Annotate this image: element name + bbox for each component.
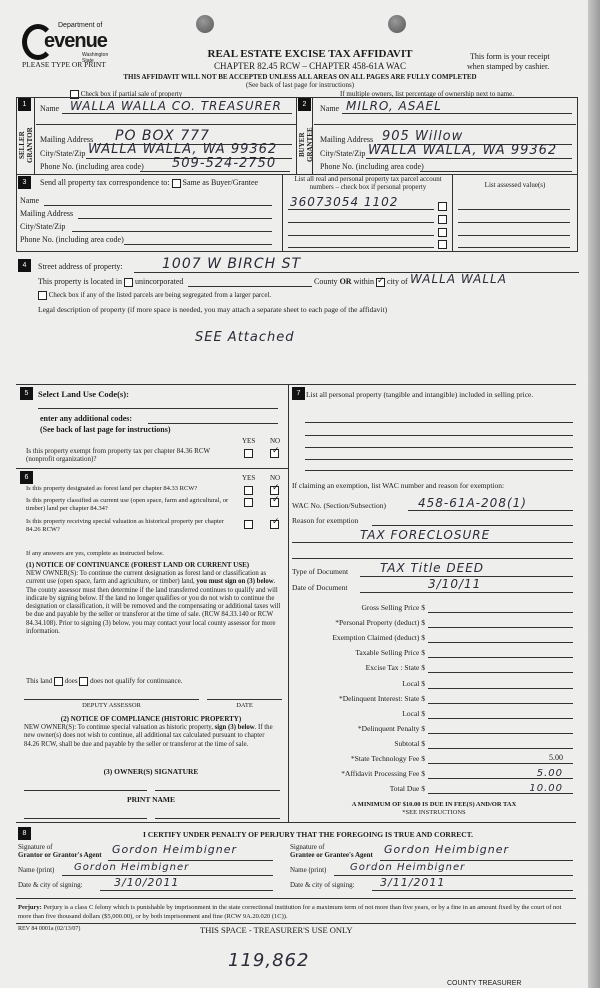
historic-question: Is this property receiving special valua… (26, 518, 231, 534)
assessed-value-field[interactable] (458, 247, 570, 248)
buyer-mailing-label: Mailing Address (320, 135, 373, 144)
buyer-grantee-label: BUYER GRANTEE (298, 120, 312, 170)
current-use-yes-checkbox[interactable] (244, 498, 253, 507)
fee-value-field[interactable]: 5.00 (428, 768, 563, 779)
legal-description-label: Legal description of property (if more s… (38, 305, 387, 314)
within-city-checkbox[interactable]: ✓ (376, 278, 385, 287)
street-label: Street address of property: (38, 262, 123, 271)
grantor-date-field[interactable]: 3/10/2011 (114, 876, 179, 889)
fee-label: *Delinquent Penalty $ (292, 724, 425, 733)
buyer-city-field[interactable]: WALLA WALLA, WA 99362 (368, 143, 557, 158)
grantee-date-label: Date & city of signing: (290, 881, 355, 889)
legal-description-field[interactable]: SEE Attached (195, 330, 295, 345)
parcel-line (288, 209, 434, 210)
fee-label: *Delinquent Interest: State $ (292, 694, 425, 703)
fee-label: Total Due $ (292, 784, 425, 793)
notice-compliance-body: NEW OWNER(S): To continue special valuat… (24, 724, 280, 749)
see-back-note: (See back of last page for instructions) (200, 81, 400, 89)
section-8-badge: 8 (18, 827, 31, 840)
page-edge-shadow (588, 0, 600, 988)
street-address-field[interactable]: 1007 W BIRCH ST (162, 256, 301, 272)
land-use-field[interactable] (38, 408, 278, 409)
fee-value-field[interactable]: 5.00 (428, 753, 563, 762)
personal-property-line[interactable] (305, 447, 573, 448)
reason-field[interactable]: TAX FORECLOSURE (360, 528, 490, 542)
grantee-sig-label: Signature of (290, 843, 324, 851)
section-2-badge: 2 (298, 98, 311, 111)
buyer-city-label: City/State/Zip (320, 149, 365, 158)
minimum-due-note: A MINIMUM OF $10.00 IS DUE IN FEE(S) AND… (292, 801, 576, 808)
grantor-signature-field[interactable]: Gordon Heimbigner (112, 843, 237, 856)
stamp-number: 119,862 (228, 950, 309, 971)
assessor-date-field[interactable] (207, 699, 282, 700)
buyer-phone-label: Phone No. (including area code) (320, 162, 424, 171)
notice-continuance-title: (1) NOTICE OF CONTINUANCE (FOREST LAND O… (26, 561, 249, 569)
assessed-value-field[interactable] (458, 209, 570, 210)
seller-mailing-label: Mailing Address (40, 135, 93, 144)
yes-header-6: YES (242, 474, 255, 482)
personal-property-line[interactable] (305, 422, 573, 423)
form-title: REAL ESTATE EXCISE TAX AFFIDAVIT (160, 48, 460, 60)
land-use-see-back: (See back of last page for instructions) (40, 425, 171, 434)
doc-date-field[interactable]: 3/10/11 (428, 577, 481, 591)
section-4-badge: 4 (18, 259, 31, 272)
does-not-qualify-checkbox[interactable] (79, 677, 88, 686)
print-name-label: PRINT NAME (20, 795, 282, 804)
parcel-line (288, 222, 434, 223)
seller-name-line (62, 113, 292, 114)
dor-logo: Department of evenue Washington State (22, 22, 112, 58)
seller-name-label: Name (40, 104, 59, 113)
grantor-name-field[interactable]: Gordon Heimbigner (74, 862, 189, 873)
buyer-mailing-field[interactable]: 905 Willow (382, 129, 463, 144)
assessed-header: List assessed value(s) (454, 181, 576, 189)
seller-phone-field[interactable]: 509-524-2750 (172, 156, 276, 171)
segregated-row: Check box if any of the listed parcels a… (38, 291, 271, 300)
fee-label: Taxable Selling Price $ (292, 648, 425, 657)
additional-codes-field[interactable] (148, 423, 278, 424)
assessor-date-label: DATE (207, 702, 282, 709)
buyer-name-label: Name (320, 104, 339, 113)
reason-label: Reason for exemption (292, 516, 358, 525)
exemption-intro: If claiming an exemption, list WAC numbe… (292, 481, 504, 490)
continuance-row: This land does does not qualify for cont… (26, 677, 182, 686)
please-type-text: PLEASE TYPE OR PRINT (22, 60, 106, 69)
section-7-badge: 7 (292, 387, 305, 400)
certify-statement: I CERTIFY UNDER PENALTY OF PERJURY THAT … (40, 830, 576, 839)
corr-city-label: City/State/Zip (20, 222, 65, 231)
current-use-question: Is this property classified as current u… (26, 497, 231, 513)
see-instructions-note: *SEE INSTRUCTIONS (292, 809, 576, 816)
forest-land-question: Is this property designated as forest la… (26, 485, 241, 492)
deputy-assessor-label: DEPUTY ASSESSOR (24, 702, 199, 709)
additional-codes-label: enter any additional codes: (40, 414, 132, 423)
owner-signature-1[interactable] (24, 790, 147, 791)
within-city-row: County OR within ✓ city of (314, 277, 408, 287)
deputy-assessor-signature[interactable] (24, 699, 199, 700)
print-name-1[interactable] (24, 818, 147, 819)
section-6-badge: 6 (20, 471, 33, 484)
grantor-name-label: Name (print) (18, 866, 54, 874)
current-use-no-checkbox[interactable]: ✓ (270, 498, 279, 507)
parcel-line (288, 235, 434, 236)
grantee-name-field[interactable]: Gordon Heimbigner (350, 862, 465, 873)
form-subtitle: CHAPTER 82.45 RCW – CHAPTER 458-61A WAC (160, 61, 460, 71)
parcel-number-field[interactable]: 36073054 1102 (290, 195, 398, 209)
punch-hole (388, 15, 406, 33)
grantee-signature-field[interactable]: Gordon Heimbigner (384, 843, 509, 856)
no-header-6: NO (270, 474, 280, 482)
corr-name-field[interactable] (44, 205, 272, 206)
historic-no-checkbox[interactable]: ✓ (270, 520, 279, 529)
fee-label: *Personal Property (deduct) $ (292, 618, 425, 627)
notice-continuance-body: NEW OWNER(S): To continue the current de… (26, 570, 282, 636)
no-header: NO (270, 437, 280, 445)
seller-city-field[interactable]: WALLA WALLA, WA 99362 (88, 142, 277, 157)
form-warning: THIS AFFIDAVIT WILL NOT BE ACCEPTED UNLE… (60, 73, 540, 81)
city-of-field[interactable]: WALLA WALLA (410, 272, 507, 286)
fee-label: Exemption Claimed (deduct) $ (292, 633, 425, 642)
owner-signature-label: (3) OWNER(S) SIGNATURE (20, 767, 282, 776)
yes-header: YES (242, 437, 255, 445)
corr-phone-label: Phone No. (including area code) (20, 235, 124, 244)
exempt-question: Is this property exempt from property ta… (26, 447, 226, 463)
personal-property-line[interactable] (305, 470, 573, 471)
unincorporated-checkbox[interactable] (124, 278, 133, 287)
does-qualify-checkbox[interactable] (54, 677, 63, 686)
land-use-label: Select Land Use Code(s): (38, 389, 129, 399)
grantee-agent-label: Grantee or Grantee's Agent (290, 851, 373, 859)
assessed-value-field[interactable] (458, 235, 570, 236)
owner-signature-2[interactable] (155, 790, 280, 791)
location-row: This property is located in unincorporat… (38, 277, 183, 287)
logo-department-text: Department of (58, 22, 102, 29)
wac-number-field[interactable]: 458-61A-208(1) (418, 496, 527, 510)
fee-label: *Affidavit Processing Fee $ (292, 769, 425, 778)
print-name-2[interactable] (155, 818, 280, 819)
corr-name-label: Name (20, 196, 39, 205)
personal-property-checkbox[interactable] (438, 215, 447, 224)
treasurer-use-header: THIS SPACE - TREASURER'S USE ONLY (200, 925, 353, 935)
historic-yes-checkbox[interactable] (244, 520, 253, 529)
fee-label: *State Technology Fee $ (292, 754, 425, 763)
perjury-notice: Perjury: Perjury is a class C felony whi… (18, 904, 576, 921)
section-1-badge: 1 (18, 98, 31, 111)
personal-property-checkbox[interactable] (438, 202, 447, 211)
personal-property-checkbox[interactable] (438, 228, 447, 237)
if-yes-note: If any answers are yes, complete as inst… (26, 550, 164, 557)
seller-name-field[interactable]: WALLA WALLA CO. TREASURER (70, 99, 282, 113)
correspondence-row: Send all property tax correspondence to:… (40, 178, 258, 188)
seller-city-label: City/State/Zip (40, 149, 85, 158)
receipt-note-2: when stamped by cashier. (467, 62, 549, 71)
corr-mailing-field[interactable] (78, 218, 272, 219)
exempt-no-checkbox[interactable]: ✓ (270, 449, 279, 458)
same-as-buyer-checkbox[interactable] (172, 179, 181, 188)
personal-property-label: List all personal property (tangible and… (306, 389, 576, 400)
fee-value-field[interactable]: 10.00 (428, 783, 563, 794)
exempt-yes-checkbox[interactable] (244, 449, 253, 458)
segregated-checkbox[interactable] (38, 291, 47, 300)
grantor-date-label: Date & city of signing: (18, 881, 83, 889)
buyer-name-field[interactable]: MILRO, ASAEL (346, 99, 442, 113)
notice-compliance-title: (2) NOTICE OF COMPLIANCE (HISTORIC PROPE… (20, 715, 282, 723)
doc-type-field[interactable]: TAX Title DEED (380, 561, 484, 575)
section-5-badge: 5 (20, 387, 33, 400)
grantee-date-field[interactable]: 3/11/2011 (380, 876, 445, 889)
grantor-agent-label: Grantor or Grantor's Agent (18, 851, 102, 859)
fee-label: Local $ (292, 709, 425, 718)
parcel-header: List all real and personal property tax … (284, 175, 452, 191)
assessed-value-field[interactable] (458, 222, 570, 223)
county-treasurer-stamp: COUNTY TREASURER (447, 980, 521, 987)
grantor-sig-label: Signature of (18, 843, 52, 851)
fee-label: Gross Selling Price $ (292, 603, 425, 612)
affidavit-page: Department of evenue Washington State PL… (0, 0, 590, 988)
seller-phone-label: Phone No. (including area code) (40, 162, 144, 171)
fee-label: Subtotal $ (292, 739, 425, 748)
corr-mailing-label: Mailing Address (20, 209, 73, 218)
receipt-note: This form is your receipt (470, 52, 550, 61)
corr-city-field[interactable] (72, 231, 272, 232)
fee-label: Local $ (292, 679, 425, 688)
wac-label: WAC No. (Section/Subsection) (292, 501, 386, 510)
doc-type-label: Type of Document (292, 567, 348, 576)
personal-property-line[interactable] (305, 435, 573, 436)
personal-property-checkbox[interactable] (438, 240, 447, 249)
logo-revenue-text: evenue (44, 30, 107, 53)
personal-property-line[interactable] (305, 459, 573, 460)
fee-label: Excise Tax : State $ (292, 663, 425, 672)
buyer-phone-field[interactable] (420, 171, 572, 172)
section-3-badge: 3 (18, 176, 31, 189)
county-field[interactable] (188, 286, 312, 287)
revision-code: REV 84 0001a (02/13/07) (18, 926, 80, 932)
punch-hole (196, 15, 214, 33)
seller-grantor-label: SELLER GRANTOR (18, 120, 32, 170)
grantee-name-label: Name (print) (290, 866, 326, 874)
forest-yes-checkbox[interactable] (244, 486, 253, 495)
corr-phone-field[interactable] (124, 244, 272, 245)
parcel-line (288, 247, 434, 248)
doc-date-label: Date of Document (292, 583, 347, 592)
